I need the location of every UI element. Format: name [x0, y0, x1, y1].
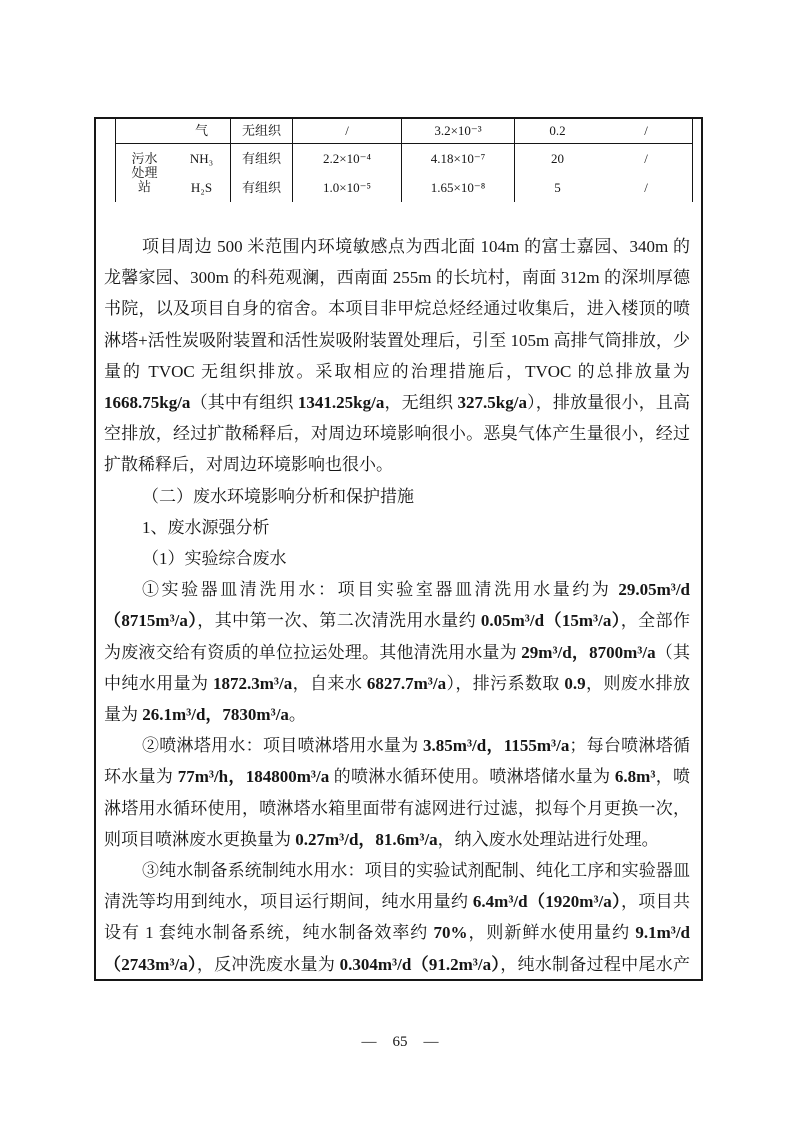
table-cell-emission-type: 有组织 — [230, 173, 293, 202]
table-cell-value: / — [600, 119, 693, 144]
table-cell-source-group: 污水处理站 — [115, 144, 173, 202]
page-number: 65 — [393, 1034, 408, 1051]
table-cell-pollutant: NH₃ — [173, 144, 230, 173]
table-cell-value: 20 — [515, 144, 600, 173]
heading-wastewater-source-analysis: 1、废水源强分析 — [104, 512, 690, 543]
body-text: 项目周边 500 米范围内环境敏感点为西北面 104m 的富士嘉园、340m 的… — [104, 231, 690, 981]
table-cell-value: / — [600, 144, 693, 173]
document-page: { "table": { "rows": [ { "group": "", "p… — [0, 0, 800, 1131]
table-cell-value: 1.0×10⁻⁵ — [293, 173, 402, 202]
heading-wastewater-section: （二）废水环境影响分析和保护措施 — [104, 481, 690, 512]
table-cell-value: 1.65×10⁻⁸ — [402, 173, 515, 202]
page-frame: 气 无组织 / 3.2×10⁻³ 0.2 / 污水处理站 NH₃ 有组织 2.2… — [94, 117, 703, 981]
emissions-table: 气 无组织 / 3.2×10⁻³ 0.2 / 污水处理站 NH₃ 有组织 2.2… — [115, 119, 693, 202]
table-cell-pollutant: 气 — [173, 119, 230, 144]
footer-right-dash: — — [424, 1034, 439, 1051]
page-footer: — 65 — — [0, 1034, 800, 1051]
table-cell-value: 0.2 — [515, 119, 600, 144]
table-cell-group-empty — [115, 119, 173, 144]
table-cell-emission-type: 无组织 — [230, 119, 293, 144]
footer-left-dash: — — [362, 1034, 377, 1051]
table-cell-value: 3.2×10⁻³ — [402, 119, 515, 144]
paragraph-pure-water-system: ③纯水制备系统制纯水用水：项目的实验试剂配制、纯化工序和实验器皿清洗等均用到纯水… — [104, 855, 690, 981]
table-cell-value: / — [600, 173, 693, 202]
table-cell-value: 4.18×10⁻⁷ — [402, 144, 515, 173]
table-cell-pollutant: H₂S — [173, 173, 230, 202]
table-cell-value: 2.2×10⁻⁴ — [293, 144, 402, 173]
table-cell-emission-type: 有组织 — [230, 144, 293, 173]
paragraph-surroundings-waste-gas: 项目周边 500 米范围内环境敏感点为西北面 104m 的富士嘉园、340m 的… — [104, 231, 690, 481]
table-cell-value: / — [293, 119, 402, 144]
paragraph-spray-tower-water: ②喷淋塔用水：项目喷淋塔用水量为 3.85m³/d，1155m³/a；每台喷淋塔… — [104, 730, 690, 855]
table-cell-value: 5 — [515, 173, 600, 202]
table-cell-source-label: 污水处理站 — [129, 152, 161, 194]
paragraph-glassware-washing-water: ①实验器皿清洗用水：项目实验室器皿清洗用水量约为 29.05m³/d（8715m… — [104, 574, 690, 730]
heading-lab-comprehensive-wastewater: （1）实验综合废水 — [104, 543, 690, 574]
